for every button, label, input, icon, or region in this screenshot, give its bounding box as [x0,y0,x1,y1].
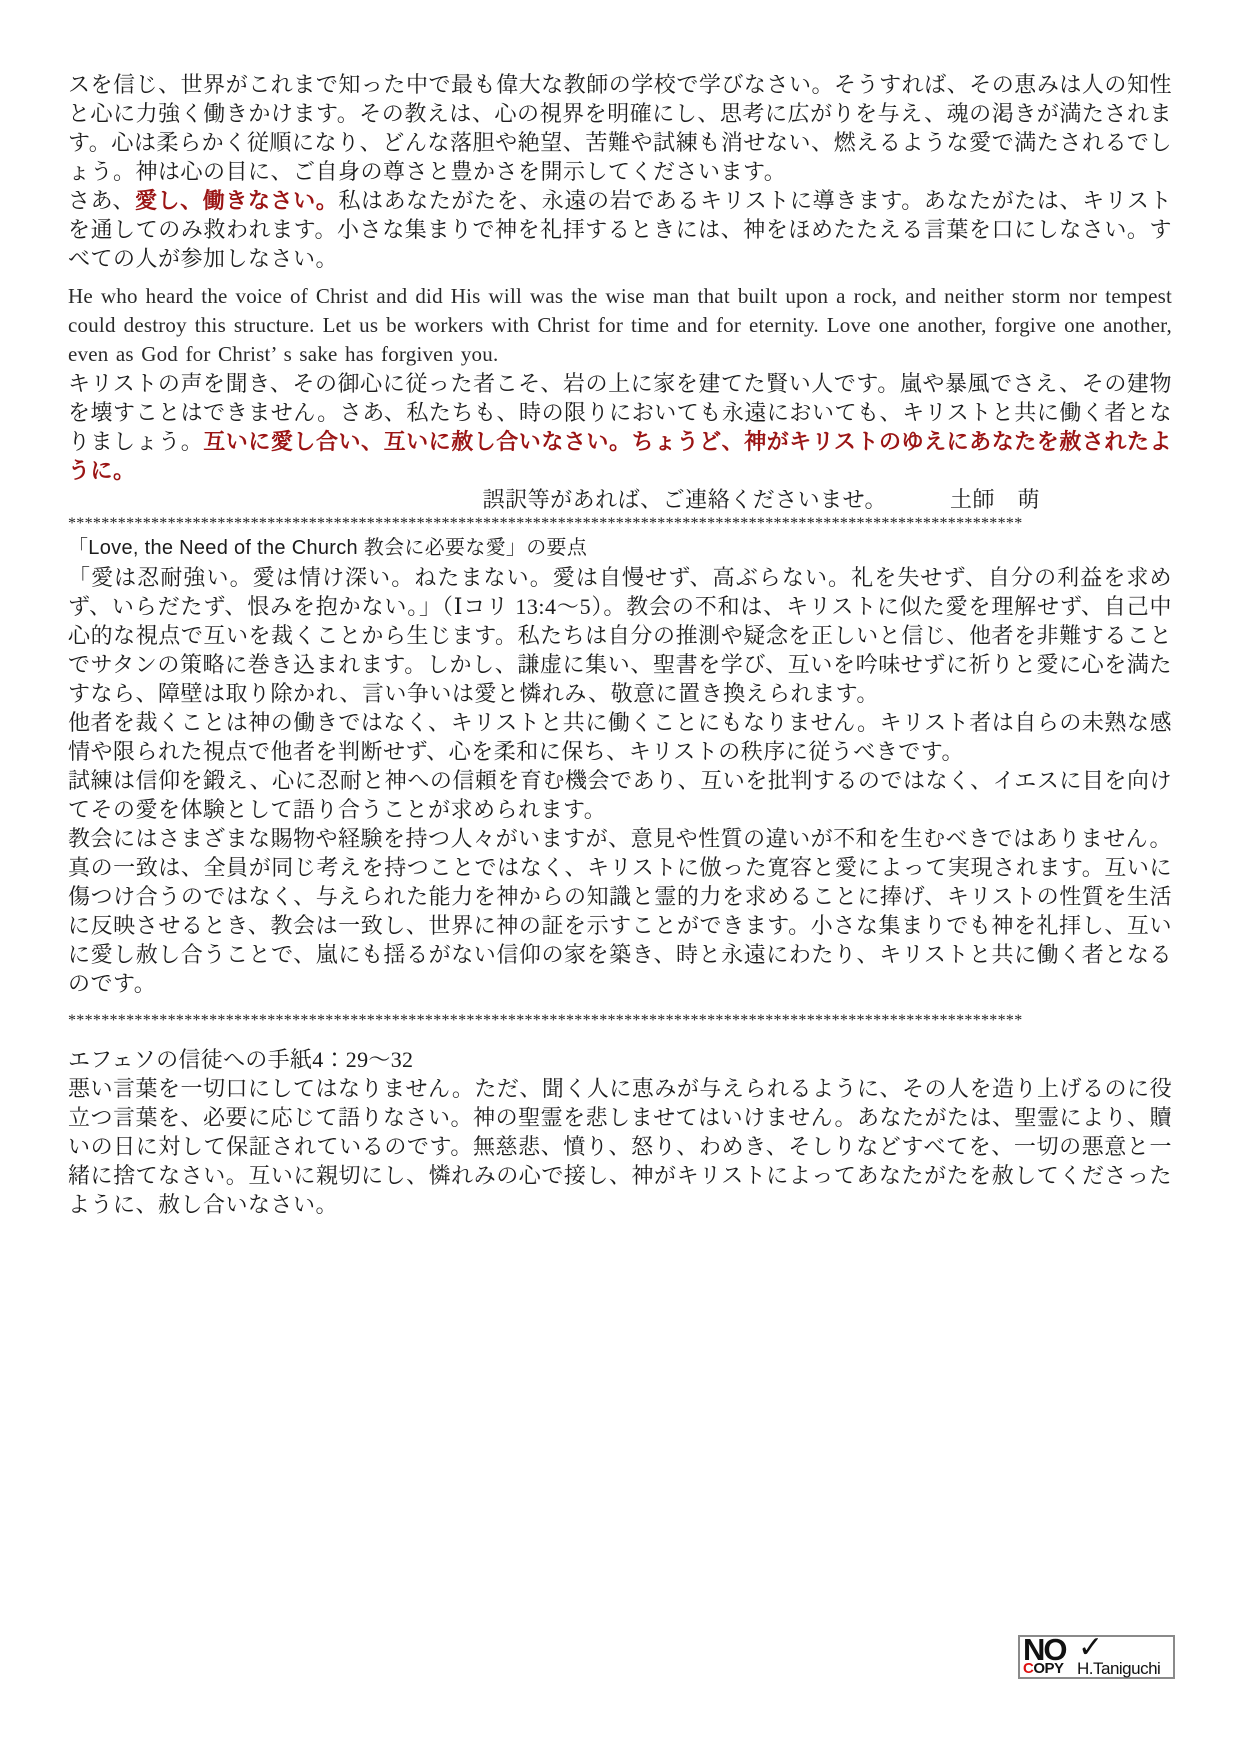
taniguchi-name: H.Taniguchi [1077,1660,1160,1677]
paragraph-church-unity: 教会にはさまざまな賜物や経験を持つ人々がいますが、意見や性質の違いが不和を生むべ… [68,824,1172,998]
section-heading-love: 「Love, the Need of the Church 教会に必要な愛」の要… [68,534,1172,563]
exhortation-lead: さあ、 [68,188,135,213]
copy-letters-opy: OPY [1033,1660,1063,1677]
copy-letter-c: C [1023,1660,1033,1677]
paragraph-teaching: スを信じ、世界がこれまで知った中で最も偉大な教師の学校で学びなさい。そうすれば、… [68,70,1172,186]
asterisk-divider: ****************************************… [68,1011,1172,1031]
signoff-line: 誤訳等があれば、ご連絡くださいませ。土師 萌 [68,485,1172,514]
paragraph-ephesians: 悪い言葉を一切口にしてはなりません。ただ、聞く人に恵みが与えられるように、その人… [68,1074,1172,1219]
document-page: スを信じ、世界がこれまで知った中で最も偉大な教師の学校で学びなさい。そうすれば、… [0,0,1240,1755]
document-body: スを信じ、世界がこれまで知った中で最も偉大な教師の学校で学びなさい。そうすれば、… [0,0,1240,1219]
no-copy-stamp: NO ✓ COPY H.Taniguchi [1018,1635,1175,1679]
paragraph-exhortation: さあ、愛し、働きなさい。私はあなたがたを、永遠の岩であるキリストに導きます。あな… [68,186,1172,273]
signoff-contact-note: 誤訳等があれば、ご連絡くださいませ。 [483,487,887,512]
paragraph-love-quote: 「愛は忍耐強い。愛は情け深い。ねたまない。愛は自慢せず、高ぶらない。礼を失せず、… [68,563,1172,708]
paragraph-judging: 他者を裁くことは神の働きではなく、キリストと共に働くことにもなりません。キリスト… [68,708,1172,824]
red-emphasis-forgive: 互いに愛し合い、互いに赦し合いなさい。ちょうど、神がキリストのゆえにあなたを赦さ… [68,429,1172,483]
section-heading-ephesians: エフェソの信徒への手紙4：29～32 [68,1045,1172,1074]
asterisk-divider: ****************************************… [68,514,1172,534]
paragraph-english-quote: He who heard the voice of Christ and did… [68,282,1172,369]
paragraph-rock-builder: キリストの声を聞き、その御心に従った者こそ、岩の上に家を建てた賢い人です。嵐や暴… [68,369,1172,485]
red-emphasis-love-work: 愛し、働きなさい。 [135,188,338,213]
signoff-author-name: 土師 萌 [950,487,1040,512]
no-copy-copy-text: COPY [1023,1661,1064,1676]
